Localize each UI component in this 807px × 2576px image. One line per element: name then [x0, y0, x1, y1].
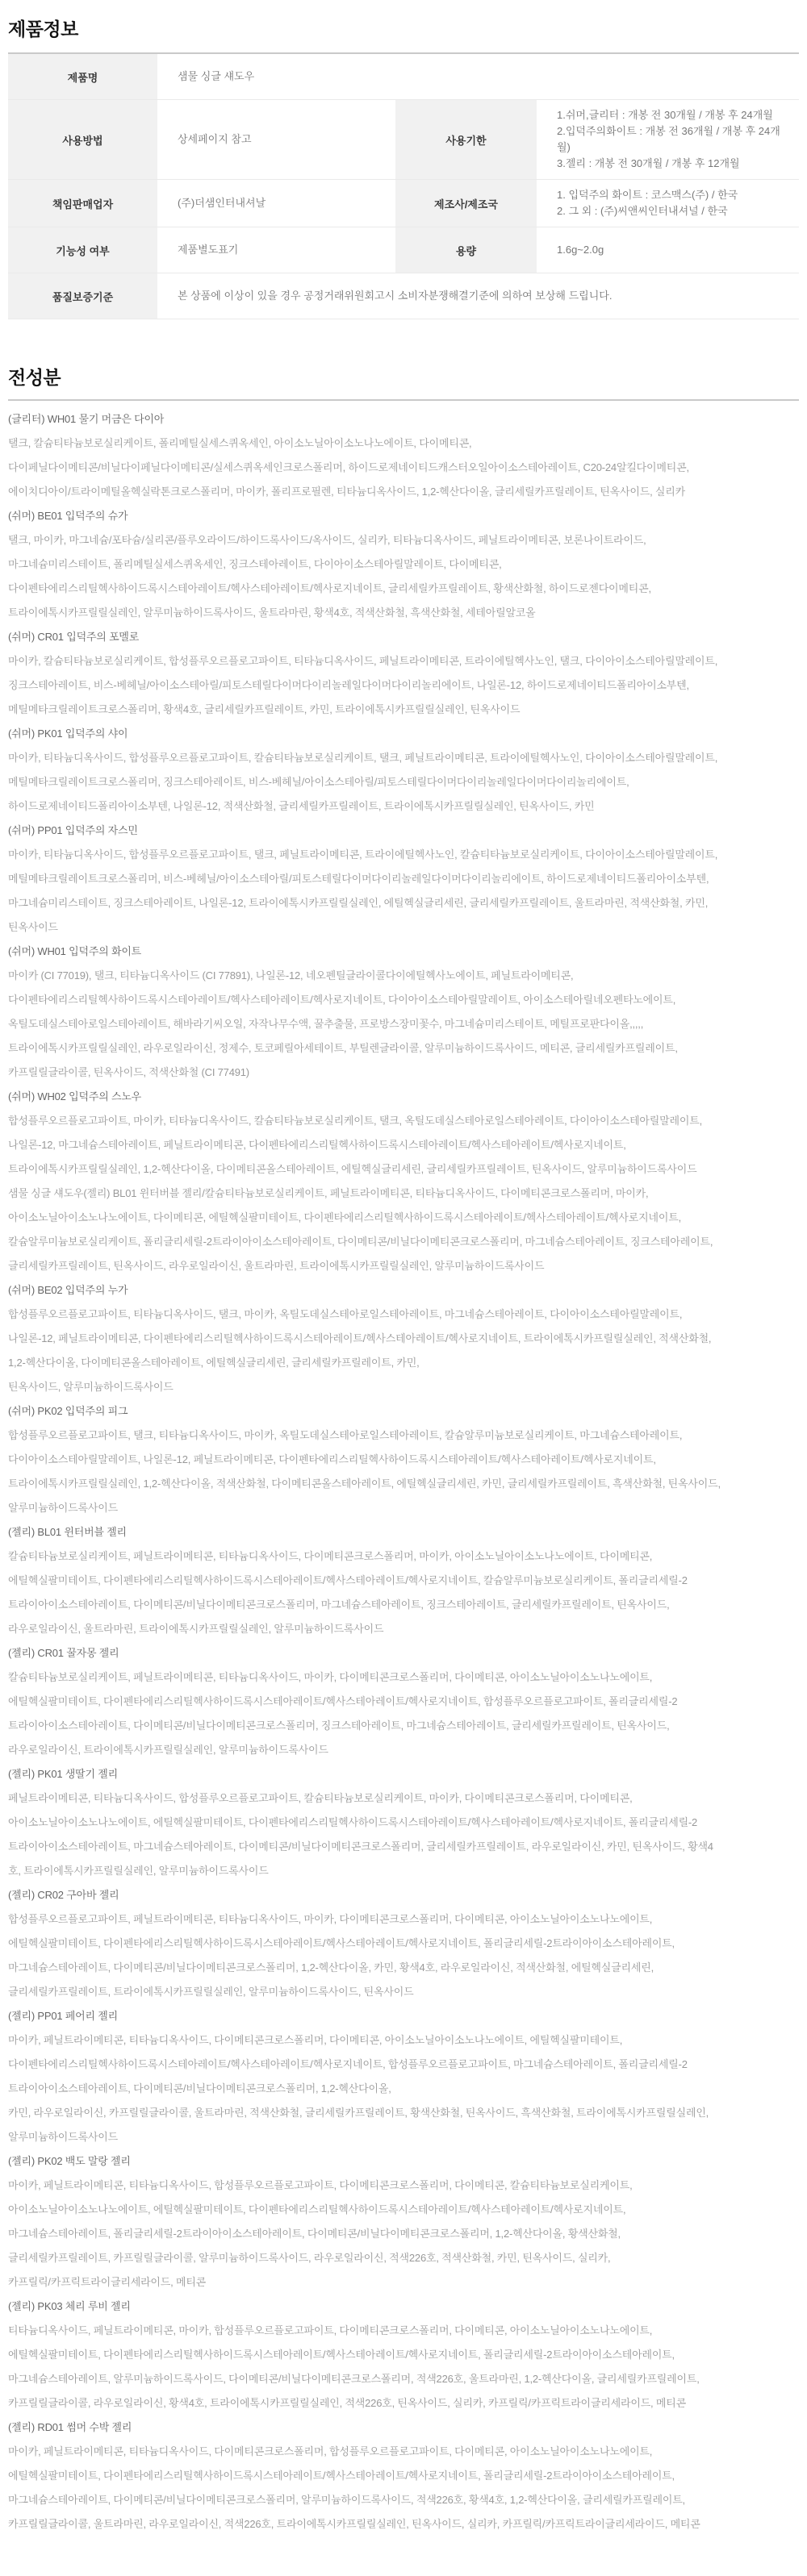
usage-value: 상세페이지 참고	[157, 100, 395, 179]
ingredient-line: 카민, 라우로일라이신, 카프릴릴글라이콜, 울트라마린, 적색산화철, 글리세…	[8, 2101, 799, 2125]
functional-value: 제품별도표기	[157, 227, 395, 273]
ingredient-line: 탤크, 칼슘티타늄보로실리케이트, 폴리메틸실세스퀴옥세인, 아이소노닐아이소노…	[8, 431, 799, 456]
ingredient-line: 페닐트라이메티콘, 티타늄디옥사이드, 합성플루오르플로고파이트, 칼슘티타늄보…	[8, 1786, 799, 1811]
shade-title: (젤리) PK03 체리 루비 젤리	[8, 2295, 799, 2319]
ingredient-line: 아이소노닐아이소노나노에이트, 에틸헥실팔미테이트, 다이펜타에리스리틸헥사하이…	[8, 1811, 799, 1835]
ingredient-line: 아이소노닐아이소노나노에이트, 다이메티콘, 에틸헥실팔미테이트, 다이펜타에리…	[8, 1206, 799, 1230]
ingredient-line: 알루미늄하이드록사이드	[8, 1496, 799, 1520]
ingredient-line: 마이카, 티타늄디옥사이드, 합성플루오르플로고파이트, 탤크, 페닐트라이메티…	[8, 843, 799, 867]
ingredient-line: 글리세릴카프릴레이트, 틴옥사이드, 라우로일라이신, 울트라마린, 트라이에톡…	[8, 1254, 799, 1278]
ingredient-section: (젤리) PP01 페어리 젤리마이카, 페닐트라이메티콘, 티타늄디옥사이드,…	[8, 2004, 799, 2149]
ingredient-line: 카프릴릭/카프릭트라이글리세라이드, 메티콘	[8, 2270, 799, 2295]
ingredient-section: (쉬머) PP01 입덕주의 자스민마이카, 티타늄디옥사이드, 합성플루오르플…	[8, 819, 799, 940]
volume-value: 1.6g~2.0g	[537, 227, 799, 273]
functional-label: 기능성 여부	[8, 227, 157, 273]
ingredient-line: 카프릴릴글라이콜, 라우로일라이신, 황색4호, 트라이에톡시카프릴릴실레인, …	[8, 2391, 799, 2416]
ingredient-line: 다이페닐다이메티콘/비닐다이페닐다이메티콘/실세스퀴옥세인크로스폴리머, 하이드…	[8, 456, 799, 480]
shade-title: (쉬머) BE01 입덕주의 슈가	[8, 504, 799, 528]
ingredient-line: 알루미늄하이드록사이드	[8, 2125, 799, 2149]
shade-title: (젤리) CR01 꿀자몽 젤리	[8, 1641, 799, 1665]
shade-title: (쉬머) BE02 입덕주의 누가	[8, 1278, 799, 1303]
seller-label: 책임판매업자	[8, 180, 157, 227]
ingredient-line: 메틸메타크릴레이트크로스폴리머, 징크스테아레이트, 비스-베헤닐/아이소스테아…	[8, 770, 799, 794]
ingredient-section: (쉬머) PK01 입덕주의 샤이마이카, 티타늄디옥사이드, 합성플루오르플로…	[8, 722, 799, 819]
ingredient-line: 옥틸도데실스테아로일스테아레이트, 해바라기씨오일, 자작나무수액, 꿀추출물,…	[8, 1012, 799, 1036]
ingredient-section: (젤리) PK03 체리 루비 젤리티타늄디옥사이드, 페닐트라이메티콘, 마이…	[8, 2295, 799, 2416]
usage-period-line: 3.젤리 : 개봉 전 30개월 / 개봉 후 12개월	[557, 156, 789, 172]
ingredient-line: 에틸헥실팔미테이트, 다이펜타에리스리틸헥사하이드록시스테아레이트/헥사스테아레…	[8, 2464, 799, 2488]
ingredient-section: (젤리) BL01 윈터버블 젤리칼슘티타늄보로실리케이트, 페닐트라이메티콘,…	[8, 1520, 799, 1641]
table-row-seller: 책임판매업자 (주)더샘인터내셔날 제조사/제조국 1. 입덕주의 화이트 : …	[8, 180, 799, 227]
table-row-functional: 기능성 여부 제품별도표기 용량 1.6g~2.0g	[8, 227, 799, 273]
ingredient-list: (글리터) WH01 물기 머금은 다이아탤크, 칼슘티타늄보로실리케이트, 폴…	[8, 401, 799, 2536]
ingredient-line: 트라이아이소스테아레이트, 다이메티콘/비닐다이메티콘크로스폴리머, 마그네슘스…	[8, 1593, 799, 1617]
ingredient-line: 합성플루오르플로고파이트, 마이카, 티타늄디옥사이드, 칼슘티타늄보로실리케이…	[8, 1109, 799, 1133]
ingredient-line: 합성플루오르플로고파이트, 페닐트라이메티콘, 티타늄디옥사이드, 마이카, 다…	[8, 1907, 799, 1932]
ingredient-line: 트라이에톡시카프릴릴실레인, 알루미늄하이드록사이드, 울트라마린, 황색4호,…	[8, 601, 799, 625]
shade-title: (젤리) RD01 썸머 수박 젤리	[8, 2416, 799, 2440]
table-row-product-name: 제품명 샘물 싱글 섀도우	[8, 54, 799, 100]
ingredient-line: 샘물 싱글 섀도우(젤리) BL01 윈터버블 젤리/칼슘티타늄보로실리케이트,…	[8, 1182, 799, 1206]
ingredient-line: 다이펜타에리스리틸헥사하이드록시스테아레이트/헥사스테아레이트/헥사로지네이트,…	[8, 577, 799, 601]
product-detail-page: 제품정보 제품명 샘물 싱글 섀도우 사용방법 상세페이지 참고 사용기한 1.…	[0, 15, 807, 2569]
shade-title: (쉬머) PP01 입덕주의 자스민	[8, 819, 799, 843]
volume-label: 용량	[395, 227, 537, 273]
ingredients-heading: 전성분	[8, 363, 799, 390]
ingredient-line: 나일론-12, 페닐트라이메티콘, 다이펜타에리스리틸헥사하이드록시스테아레이트…	[8, 1327, 799, 1351]
ingredient-line: 탤크, 마이카, 마그네슘/포타슘/실리콘/플루오라이드/하이드록사이드/옥사이…	[8, 528, 799, 552]
ingredient-line: 에틸헥실팔미테이트, 다이펜타에리스리틸헥사하이드록시스테아레이트/헥사스테아레…	[8, 1569, 799, 1593]
ingredient-line: 하이드로제네이티드폴리아이소부텐, 나일론-12, 적색산화철, 글리세릴카프릴…	[8, 794, 799, 819]
usage-period-label: 사용기한	[395, 100, 537, 179]
shade-title: (쉬머) CR01 입덕주의 포멜로	[8, 625, 799, 649]
ingredient-section: (쉬머) WH01 입덕주의 화이트마이카 (CI 77019), 탤크, 티타…	[8, 940, 799, 1085]
ingredient-line: 에이치디아이/트라이메틸올헥실락톤크로스폴리머, 마이카, 폴리프로필렌, 티타…	[8, 480, 799, 504]
ingredient-line: 틴옥사이드	[8, 915, 799, 940]
ingredient-line: 메틸메타크릴레이트크로스폴리머, 비스-베헤닐/아이소스테아릴/피토스테릴다이머…	[8, 867, 799, 891]
ingredient-line: 아이소노닐아이소노나노에이트, 에틸헥실팔미테이트, 다이펜타에리스리틸헥사하이…	[8, 2198, 799, 2222]
ingredient-section: (쉬머) CR01 입덕주의 포멜로마이카, 칼슘티타늄보로실리케이트, 합성플…	[8, 625, 799, 722]
ingredient-line: 징크스테아레이트, 비스-베헤닐/아이소스테아릴/피토스테릴다이머다이리놀레일다…	[8, 673, 799, 698]
product-name-value: 샘물 싱글 섀도우	[157, 54, 799, 99]
ingredient-line: 마그네슘미리스테이트, 징크스테아레이트, 나일론-12, 트라이에톡시카프릴릴…	[8, 891, 799, 915]
ingredient-line: 글리세릴카프릴레이트, 카프릴릴글라이콜, 알루미늄하이드록사이드, 라우로일라…	[8, 2246, 799, 2270]
shade-title: (글리터) WH01 물기 머금은 다이아	[8, 407, 799, 431]
ingredient-line: 메틸메타크릴레이트크로스폴리머, 황색4호, 글리세릴카프릴레이트, 카민, 트…	[8, 698, 799, 722]
ingredient-line: 트라이아이소스테아레이트, 다이메티콘/비닐다이메티콘크로스폴리머, 1,2-헥…	[8, 2077, 799, 2101]
ingredient-line: 라우로일라이신, 트라이에톡시카프릴릴실레인, 알루미늄하이드록사이드	[8, 1738, 799, 1762]
ingredient-line: 마이카 (CI 77019), 탤크, 티타늄디옥사이드 (CI 77891),…	[8, 964, 799, 988]
ingredient-line: 마그네슘스테아레이트, 폴리글리세릴-2트라이아이소스테아레이트, 다이메티콘/…	[8, 2222, 799, 2246]
ingredient-line: 호, 트라이에톡시카프릴릴실레인, 알루미늄하이드록사이드	[8, 1859, 799, 1883]
manufacturer-line: 2. 그 외 : (주)씨앤씨인터내셔널 / 한국	[557, 203, 738, 219]
ingredient-line: 다이펜타에리스리틸헥사하이드록시스테아레이트/헥사스테아레이트/헥사로지네이트,…	[8, 2053, 799, 2077]
ingredient-line: 카프릴릴글라이콜, 틴옥사이드, 적색산화철 (CI 77491)	[8, 1061, 799, 1085]
ingredient-line: 마이카, 칼슘티타늄보로실리케이트, 합성플루오르플로고파이트, 티타늄디옥사이…	[8, 649, 799, 673]
shade-title: (젤리) PP01 페어리 젤리	[8, 2004, 799, 2028]
shade-title: (젤리) PK01 생딸기 젤리	[8, 1762, 799, 1786]
manufacturer-line: 1. 입덕주의 화이트 : 코스맥스(주) / 한국	[557, 187, 738, 203]
ingredient-line: 칼슘티타늄보로실리케이트, 페닐트라이메티콘, 티타늄디옥사이드, 다이메티콘크…	[8, 1544, 799, 1569]
ingredient-line: 티타늄디옥사이드, 페닐트라이메티콘, 마이카, 합성플루오르플로고파이트, 다…	[8, 2319, 799, 2343]
ingredient-line: 합성플루오르플로고파이트, 티타늄디옥사이드, 탤크, 마이카, 옥틸도데실스테…	[8, 1303, 799, 1327]
ingredient-line: 에틸헥실팔미테이트, 다이펜타에리스리틸헥사하이드록시스테아레이트/헥사스테아레…	[8, 2343, 799, 2367]
ingredient-line: 마이카, 페닐트라이메티콘, 티타늄디옥사이드, 다이메티콘크로스폴리머, 합성…	[8, 2440, 799, 2464]
ingredient-line: 글리세릴카프릴레이트, 트라이에톡시카프릴릴실레인, 알루미늄하이드록사이드, …	[8, 1980, 799, 2004]
ingredient-line: 틴옥사이드, 알루미늄하이드록사이드	[8, 1375, 799, 1399]
ingredient-section: (젤리) CR01 꿀자몽 젤리칼슘티타늄보로실리케이트, 페닐트라이메티콘, …	[8, 1641, 799, 1762]
usage-period-value: 1.쉬머,글리터 : 개봉 전 30개월 / 개봉 후 24개월 2.입덕주의화…	[537, 100, 799, 179]
warranty-value: 본 상품에 이상이 있을 경우 공정거래위원회고시 소비자분쟁해결기준에 의하여…	[157, 273, 799, 319]
table-row-usage: 사용방법 상세페이지 참고 사용기한 1.쉬머,글리터 : 개봉 전 30개월 …	[8, 100, 799, 180]
ingredient-line: 1,2-헥산다이올, 다이메티콘올스테아레이트, 에틸헥실글리세린, 글리세릴카…	[8, 1351, 799, 1375]
ingredient-line: 에틸헥실팔미테이트, 다이펜타에리스리틸헥사하이드록시스테아레이트/헥사스테아레…	[8, 1690, 799, 1714]
ingredient-line: 트라이아이소스테아레이트, 다이메티콘/비닐다이메티콘크로스폴리머, 징크스테아…	[8, 1714, 799, 1738]
ingredient-section: (쉬머) BE01 입덕주의 슈가탤크, 마이카, 마그네슘/포타슘/실리콘/플…	[8, 504, 799, 625]
ingredient-line: 다이펜타에리스리틸헥사하이드록시스테아레이트/헥사스테아레이트/헥사로지네이트,…	[8, 988, 799, 1012]
ingredient-section: (쉬머) BE02 입덕주의 누가합성플루오르플로고파이트, 티타늄디옥사이드,…	[8, 1278, 799, 1399]
table-row-warranty: 품질보증기준 본 상품에 이상이 있을 경우 공정거래위원회고시 소비자분쟁해결…	[8, 273, 799, 319]
ingredient-line: 다이아이소스테아릴말레이트, 나일론-12, 페닐트라이메티콘, 다이펜타에리스…	[8, 1448, 799, 1472]
usage-label: 사용방법	[8, 100, 157, 179]
ingredient-section: (글리터) WH01 물기 머금은 다이아탤크, 칼슘티타늄보로실리케이트, 폴…	[8, 407, 799, 504]
ingredient-line: 마그네슘스테아레이트, 다이메티콘/비닐다이메티콘크로스폴리머, 알루미늄하이드…	[8, 2488, 799, 2512]
ingredient-line: 나일론-12, 마그네슘스테아레이트, 페닐트라이메티콘, 다이펜타에리스리틸헥…	[8, 1133, 799, 1157]
warranty-label: 품질보증기준	[8, 273, 157, 319]
ingredient-section: (쉬머) PK02 입덕주의 피그합성플루오르플로고파이트, 탤크, 티타늄디옥…	[8, 1399, 799, 1520]
shade-title: (젤리) BL01 윈터버블 젤리	[8, 1520, 799, 1544]
manufacturer-label: 제조사/제조국	[395, 180, 537, 227]
ingredient-line: 트라이아이소스테아레이트, 마그네슘스테아레이트, 다이메티콘/비닐다이메티콘크…	[8, 1835, 799, 1859]
ingredient-line: 트라이에톡시카프릴릴실레인, 1,2-헥산다이올, 다이메티콘올스테아레이트, …	[8, 1157, 799, 1182]
ingredient-line: 칼슘알루미늄보로실리케이트, 폴리글리세릴-2트라이아이소스테아레이트, 다이메…	[8, 1230, 799, 1254]
ingredient-section: (젤리) PK02 백도 말랑 젤리마이카, 페닐트라이메티콘, 티타늄디옥사이…	[8, 2149, 799, 2295]
product-name-label: 제품명	[8, 54, 157, 99]
ingredient-line: 트라이에톡시카프릴릴실레인, 1,2-헥산다이올, 적색산화철, 다이메티콘올스…	[8, 1472, 799, 1496]
ingredient-section: (젤리) RD01 썸머 수박 젤리마이카, 페닐트라이메티콘, 티타늄디옥사이…	[8, 2416, 799, 2536]
ingredient-line: 트라이에톡시카프릴릴실레인, 라우로일라이신, 정제수, 토코페릴아세테이트, …	[8, 1036, 799, 1061]
ingredient-section: (젤리) CR02 구아바 젤리합성플루오르플로고파이트, 페닐트라이메티콘, …	[8, 1883, 799, 2004]
manufacturer-value: 1. 입덕주의 화이트 : 코스맥스(주) / 한국 2. 그 외 : (주)씨…	[537, 180, 799, 227]
ingredient-line: 마이카, 페닐트라이메티콘, 티타늄디옥사이드, 합성플루오르플로고파이트, 다…	[8, 2174, 799, 2198]
product-info-heading: 제품정보	[8, 15, 799, 41]
shade-title: (젤리) CR02 구아바 젤리	[8, 1883, 799, 1907]
ingredient-line: 마그네슘스테아레이트, 알루미늄하이드록사이드, 다이메티콘/비닐다이메티콘크로…	[8, 2367, 799, 2391]
ingredient-line: 마이카, 티타늄디옥사이드, 합성플루오르플로고파이트, 칼슘티타늄보로실리케이…	[8, 746, 799, 770]
usage-period-line: 1.쉬머,글리터 : 개봉 전 30개월 / 개봉 후 24개월	[557, 107, 789, 123]
ingredient-line: 칼슘티타늄보로실리케이트, 페닐트라이메티콘, 티타늄디옥사이드, 마이카, 다…	[8, 1665, 799, 1690]
ingredient-line: 마그네슘스테아레이트, 다이메티콘/비닐다이메티콘크로스폴리머, 1,2-헥산다…	[8, 1956, 799, 1980]
shade-title: (젤리) PK02 백도 말랑 젤리	[8, 2149, 799, 2174]
product-info-table: 제품명 샘물 싱글 섀도우 사용방법 상세페이지 참고 사용기한 1.쉬머,글리…	[8, 52, 799, 319]
ingredient-line: 마이카, 페닐트라이메티콘, 티타늄디옥사이드, 다이메티콘크로스폴리머, 다이…	[8, 2028, 799, 2053]
shade-title: (쉬머) WH02 입덕주의 스노우	[8, 1085, 799, 1109]
usage-period-line: 2.입덕주의화이트 : 개봉 전 36개월 / 개봉 후 24개월)	[557, 123, 789, 156]
shade-title: (쉬머) PK01 입덕주의 샤이	[8, 722, 799, 746]
ingredient-line: 합성플루오르플로고파이트, 탤크, 티타늄디옥사이드, 마이카, 옥틸도데실스테…	[8, 1423, 799, 1448]
ingredient-section: (젤리) PK01 생딸기 젤리페닐트라이메티콘, 티타늄디옥사이드, 합성플루…	[8, 1762, 799, 1883]
seller-value: (주)더샘인터내셔날	[157, 180, 395, 227]
shade-title: (쉬머) PK02 입덕주의 피그	[8, 1399, 799, 1423]
ingredient-line: 에틸헥실팔미테이트, 다이펜타에리스리틸헥사하이드록시스테아레이트/헥사스테아레…	[8, 1932, 799, 1956]
ingredient-line: 카프릴릴글라이콜, 울트라마린, 라우로일라이신, 적색226호, 트라이에톡시…	[8, 2512, 799, 2536]
ingredient-line: 라우로일라이신, 울트라마린, 트라이에톡시카프릴릴실레인, 알루미늄하이드록사…	[8, 1617, 799, 1641]
ingredient-line: 마그네슘미리스테이트, 폴리메틸실세스퀴옥세인, 징크스테아레이트, 다이아이소…	[8, 552, 799, 577]
shade-title: (쉬머) WH01 입덕주의 화이트	[8, 940, 799, 964]
ingredient-section: (쉬머) WH02 입덕주의 스노우합성플루오르플로고파이트, 마이카, 티타늄…	[8, 1085, 799, 1278]
